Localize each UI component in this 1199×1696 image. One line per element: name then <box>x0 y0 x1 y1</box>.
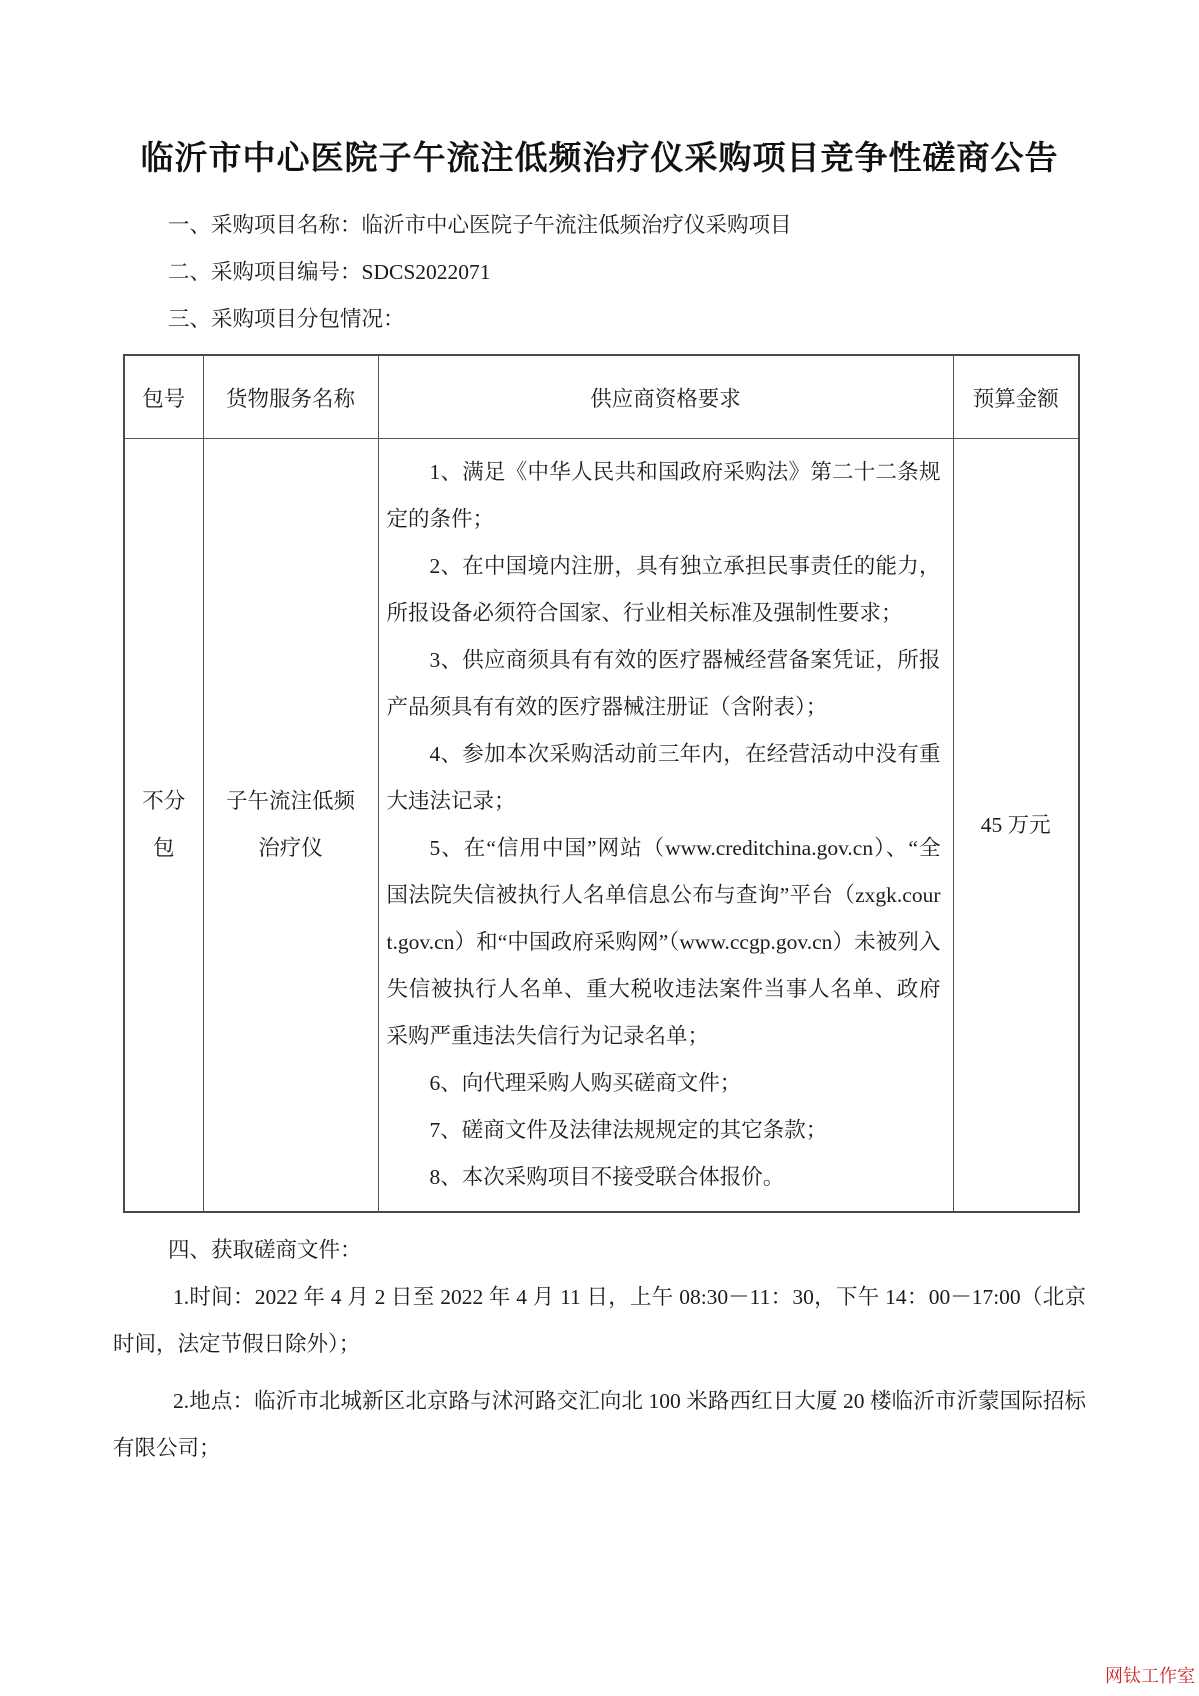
requirement-item: 1、满足《中华人民共和国政府采购法》第二十二条规定的条件； <box>387 449 941 543</box>
document-page: 临沂市中心医院子午流注低频治疗仪采购项目竞争性磋商公告 一、采购项目名称：临沂市… <box>0 0 1199 1696</box>
requirement-item: 5、在“信用中国”网站（www.creditchina.gov.cn）、“全国法… <box>387 825 941 1060</box>
section4-time: 1.时间：2022 年 4 月 2 日至 2022 年 4 月 11 日，上午 … <box>113 1274 1086 1368</box>
cell-package-no: 不分包 <box>124 439 203 1213</box>
page-title: 临沂市中心医院子午流注低频治疗仪采购项目竞争性磋商公告 <box>113 138 1086 178</box>
item-project-number: 二、采购项目编号：SDCS2022071 <box>113 249 1086 296</box>
requirement-item: 7、磋商文件及法律法规规定的其它条款； <box>387 1107 941 1154</box>
requirement-item: 8、本次采购项目不接受联合体报价。 <box>387 1154 941 1201</box>
table-header-row: 包号 货物服务名称 供应商资格要求 预算金额 <box>124 355 1079 439</box>
cell-goods-name: 子午流注低频治疗仪 <box>203 439 378 1213</box>
requirement-item: 4、参加本次采购活动前三年内，在经营活动中没有重大违法记录； <box>387 731 941 825</box>
cell-supplier-requirements: 1、满足《中华人民共和国政府采购法》第二十二条规定的条件； 2、在中国境内注册，… <box>378 439 953 1213</box>
item-package-info: 三、采购项目分包情况： <box>113 296 1086 343</box>
table-row: 不分包 子午流注低频治疗仪 1、满足《中华人民共和国政府采购法》第二十二条规定的… <box>124 439 1079 1213</box>
packages-table: 包号 货物服务名称 供应商资格要求 预算金额 不分包 子午流注低频治疗仪 1、满… <box>123 354 1080 1213</box>
col-header-budget: 预算金额 <box>953 355 1079 439</box>
cell-budget: 45 万元 <box>953 439 1079 1213</box>
col-header-goods-name: 货物服务名称 <box>203 355 378 439</box>
section4-heading: 四、获取磋商文件： <box>113 1227 1086 1274</box>
col-header-package-no: 包号 <box>124 355 203 439</box>
requirement-item: 3、供应商须具有有效的医疗器械经营备案凭证，所报产品须具有有效的医疗器械注册证（… <box>387 637 941 731</box>
item-project-name: 一、采购项目名称：临沂市中心医院子午流注低频治疗仪采购项目 <box>113 202 1086 249</box>
requirement-item: 6、向代理采购人购买磋商文件； <box>387 1060 941 1107</box>
watermark: 网钛工作室 <box>1105 1662 1195 1688</box>
requirement-item: 2、在中国境内注册，具有独立承担民事责任的能力，所报设备必须符合国家、行业相关标… <box>387 543 941 637</box>
col-header-supplier-requirements: 供应商资格要求 <box>378 355 953 439</box>
section4-location: 2.地点：临沂市北城新区北京路与沭河路交汇向北 100 米路西红日大厦 20 楼… <box>113 1378 1086 1472</box>
